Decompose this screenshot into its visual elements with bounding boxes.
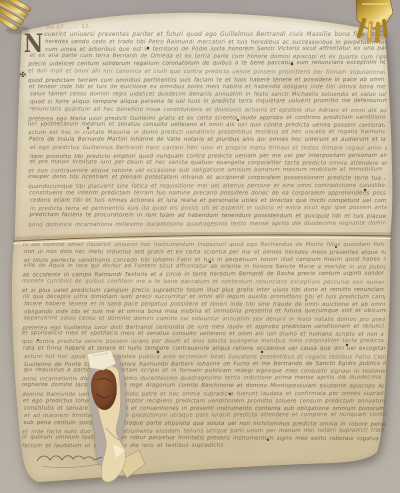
manuscript-line: et doli mali et omni alii iuri canonico … bbox=[28, 68, 385, 77]
manuscript-line: rata et firma habere et tenere et nullo … bbox=[23, 346, 385, 354]
lower-text-block: in dei nomine amen nouerint uniuersi hoc… bbox=[23, 242, 385, 450]
upper-text-block: ouerint uniuersi presentes pariter et fu… bbox=[29, 31, 386, 228]
manuscript-line: Petro de Insula Bernardo Martini Iohanne… bbox=[29, 137, 386, 145]
manuscript-line: monete curribilis de quibus confiteor me… bbox=[22, 279, 384, 288]
photograph-of-parchment-charter: Du 12 ...... 12.. N ✠ ouerint uniuersi p… bbox=[0, 0, 400, 493]
manuscript-line: ouerint uniuersi presentes pariter et fu… bbox=[44, 31, 386, 39]
manuscript-text: Du 12 ...... 12.. N ✠ ouerint uniuersi p… bbox=[0, 0, 400, 493]
illuminated-initial: N bbox=[24, 29, 43, 58]
manuscript-line: et ego predictus Guillelmus Bertrandi ha… bbox=[30, 145, 387, 153]
margin-cross-mark: ✠ bbox=[20, 71, 26, 79]
archival-date-annotation: Du 12 ...... 12.. bbox=[46, 23, 94, 30]
manuscript-line: factum et laudatum ut supra anno die loc… bbox=[22, 442, 384, 451]
manuscript-line: regnante domino Iacobo dei gratia rege A… bbox=[22, 382, 384, 391]
manuscript-line: anno dominice incarnationis millesimo du… bbox=[28, 220, 385, 229]
